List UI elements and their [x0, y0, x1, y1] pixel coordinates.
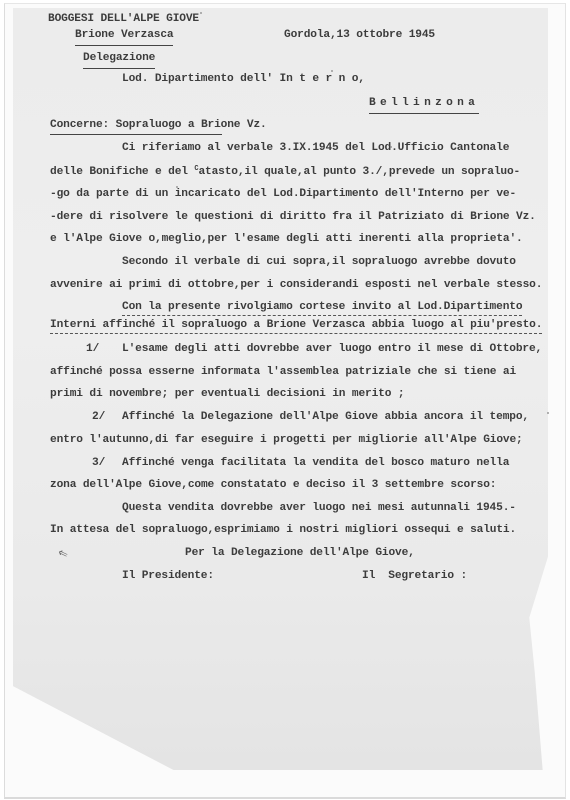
- body-line: e l'Alpe Giove o,meglio,per l'esame degl…: [50, 233, 523, 245]
- point-line: L'esame degli atti dovrebbe aver luogo e…: [122, 343, 542, 355]
- body-line: Ci riferiamo al verbale 3.IX.1945 del Lo…: [122, 142, 509, 154]
- body-line: -dere di risolvere le questioni di dirit…: [50, 211, 536, 223]
- president-label: Il Presidente:: [122, 570, 214, 582]
- point-number: 1/: [86, 343, 99, 355]
- recipient-city: Bellinzona: [369, 97, 479, 114]
- secretary-label: Il Segretario :: [362, 570, 467, 582]
- subject-line: Concerne: Sopraluogo a Brione Vz.: [50, 119, 222, 135]
- request-line: Interni affinché il sopraluogo a Brione …: [50, 319, 542, 334]
- request-line: Con la presente rivolgiamo cortese invit…: [122, 301, 522, 316]
- paper-speck: [331, 70, 333, 72]
- body-line: Questa vendita dovrebbe aver luogo nei m…: [122, 502, 516, 514]
- body-line: Secondo il verbale di cui sopra,il sopra…: [122, 256, 516, 268]
- paper-speck: [200, 12, 202, 14]
- paper-speck: [390, 146, 392, 148]
- letterhead-place: Brione Verzasca: [75, 29, 173, 46]
- paper-speck: [547, 412, 549, 414]
- point-line: entro l'autunno,di far eseguire i proget…: [50, 434, 523, 446]
- point-line: Affinché la Delegazione dell'Alpe Giove …: [122, 411, 529, 423]
- dateline: Gordola,13 ottobre 1945: [284, 29, 435, 41]
- point-line: Affinché venga facilitata la vendita del…: [122, 457, 509, 469]
- body-line: delle Bonifiche e del Catasto,il quale,a…: [50, 165, 520, 178]
- paper-speck: [176, 186, 178, 188]
- letter: BOGGESI DELL'ALPE GIOVE Brione Verzasca …: [0, 0, 570, 800]
- body-line: -go da parte di un incaricato del Lod.Di…: [50, 188, 516, 200]
- point-line: zona dell'Alpe Giove,come constatato e d…: [50, 479, 496, 491]
- recipient-name: Lod. Dipartimento dell' In t e r n o,: [122, 73, 365, 85]
- point-number: 3/: [92, 457, 105, 469]
- point-line: affinché possa esserne informata l'assem…: [50, 366, 516, 378]
- body-line: avvenire ai primi di ottobre,per i consi…: [50, 279, 542, 291]
- letterhead-org: BOGGESI DELL'ALPE GIOVE: [48, 13, 199, 25]
- point-number: 2/: [92, 411, 105, 423]
- point-line: primi di novembre; per eventuali decisio…: [50, 388, 404, 400]
- letterhead-unit: Delegazione: [83, 52, 155, 69]
- body-line: In attesa del sopraluogo,esprimiamo i no…: [50, 524, 516, 536]
- signoff: Per la Delegazione dell'Alpe Giove,: [185, 547, 415, 559]
